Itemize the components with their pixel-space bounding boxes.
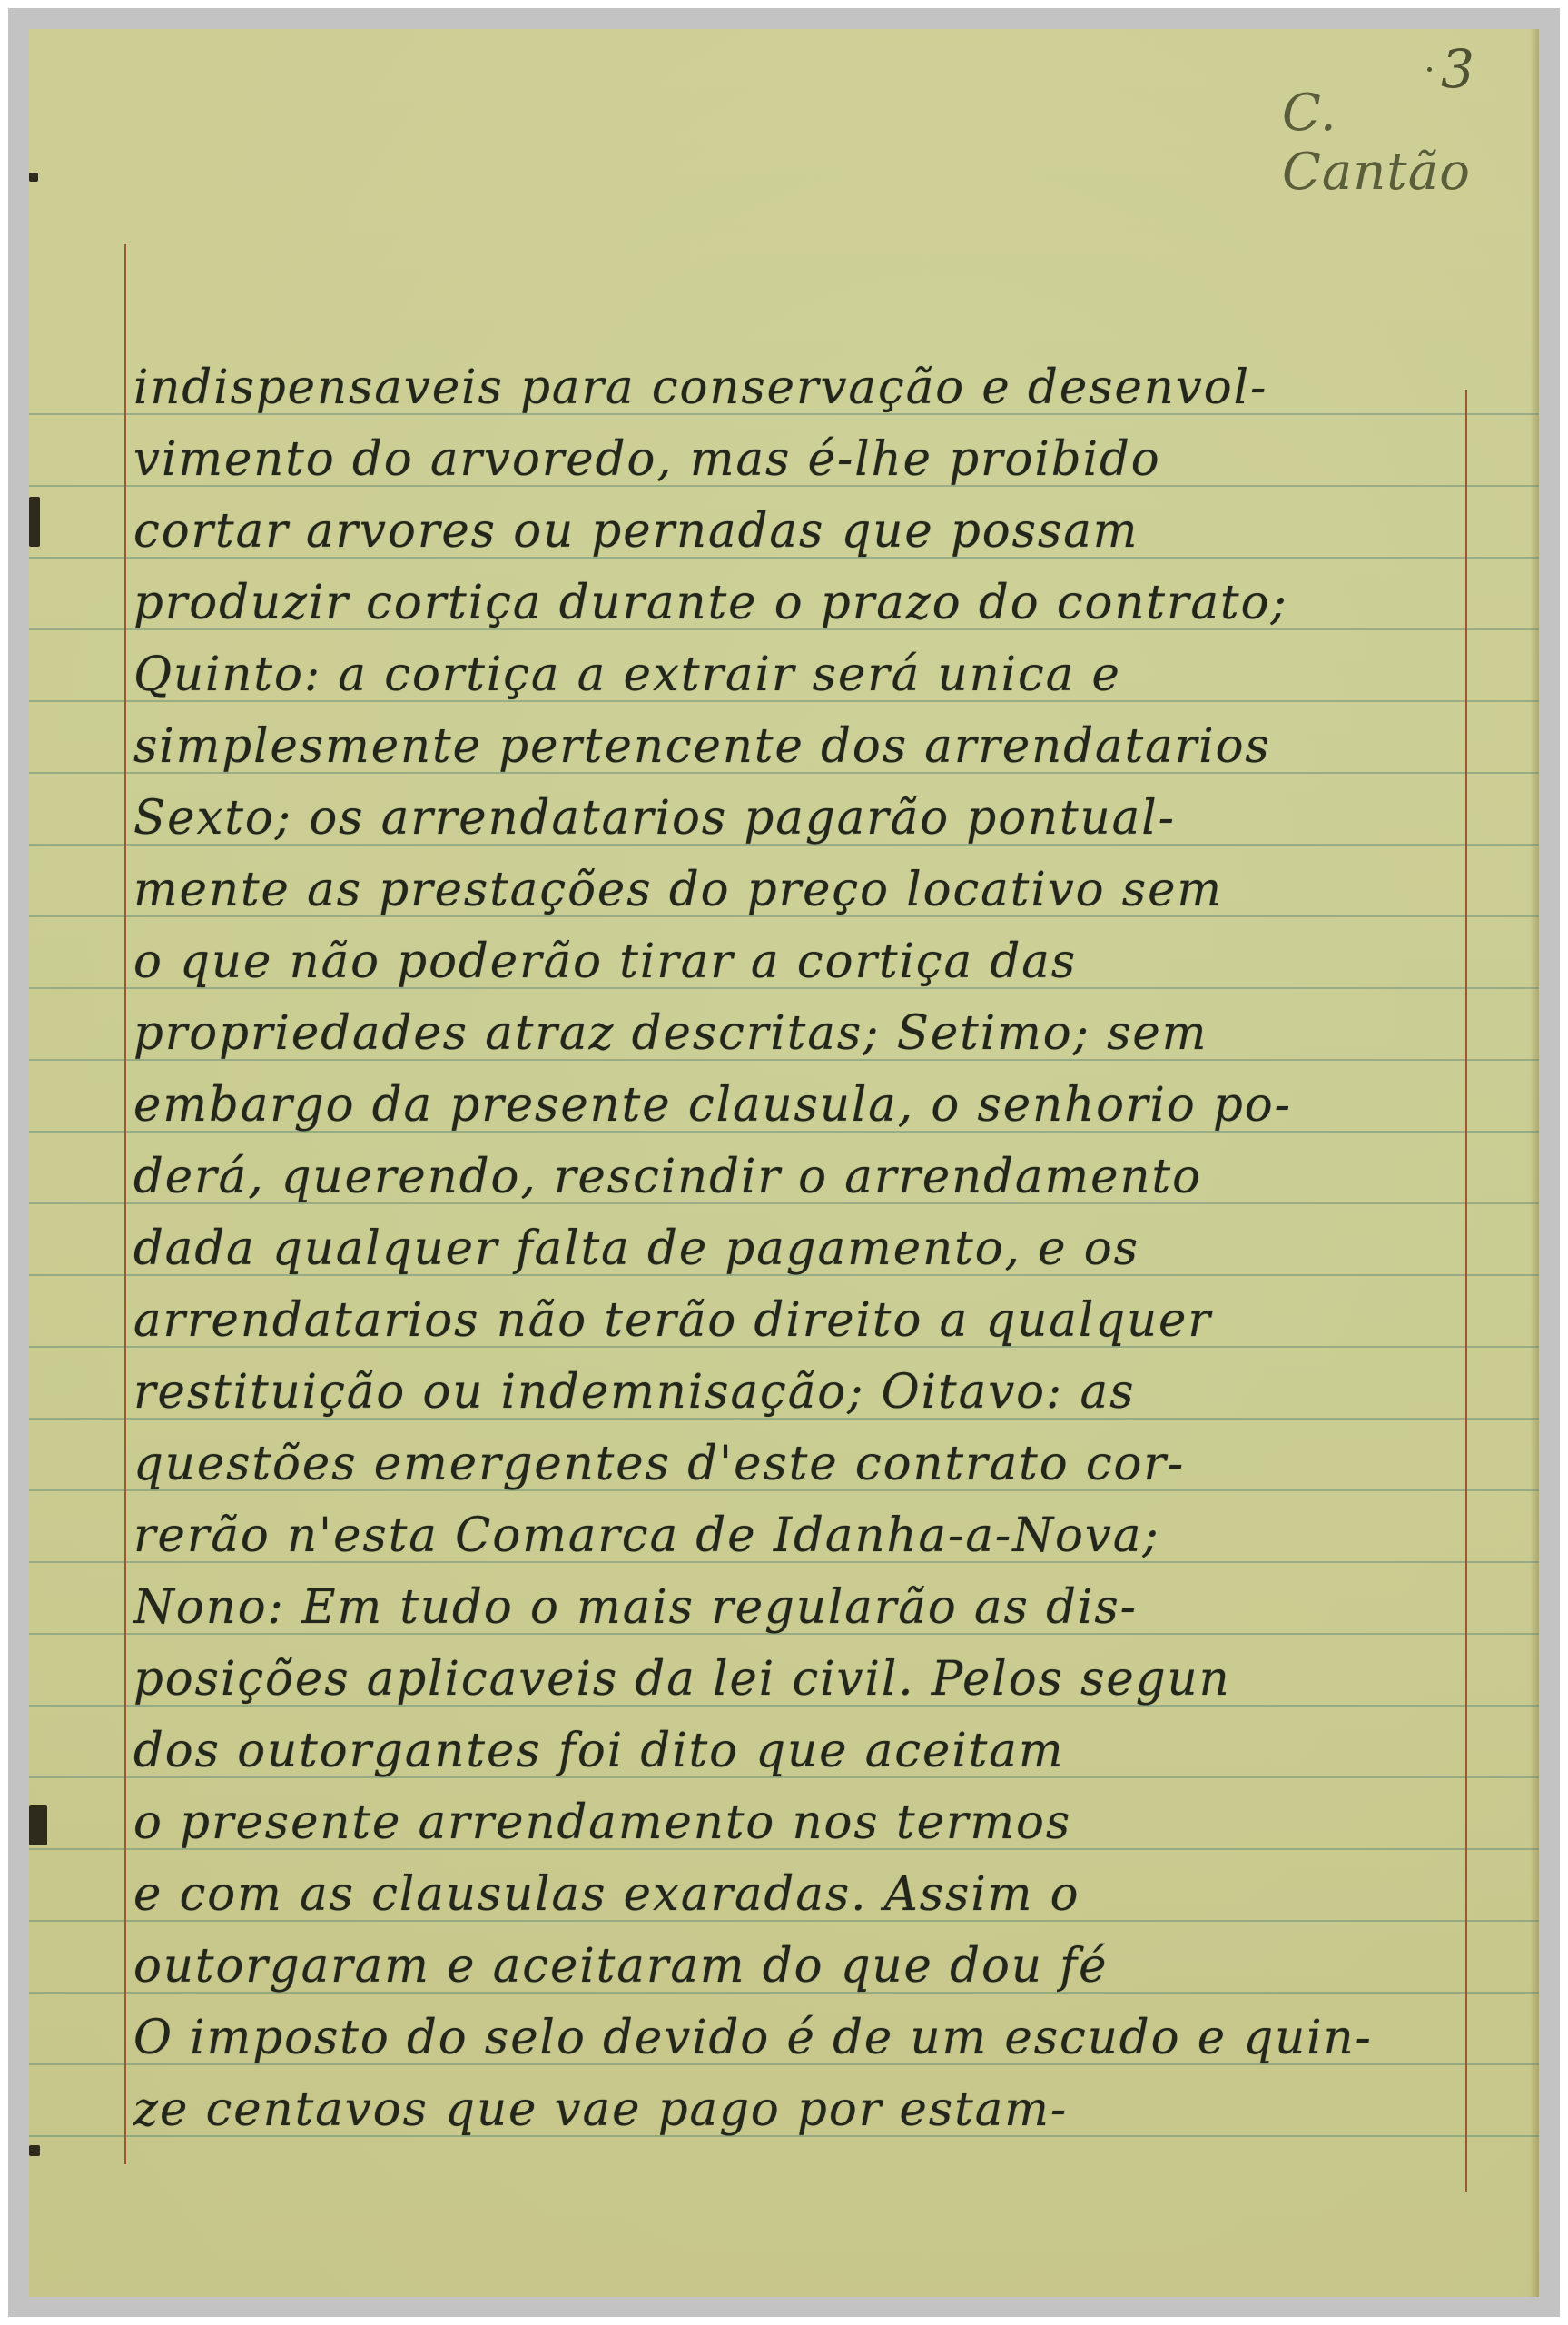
paper-edge-shadow: [1530, 29, 1539, 2297]
manuscript-line: o presente arrendamento nos termos: [133, 1786, 1459, 1859]
manuscript-line: embargo da presente clausula, o senhorio…: [133, 1069, 1459, 1142]
manuscript-line: posições aplicaveis da lei civil. Pelos …: [133, 1643, 1459, 1716]
manuscript-page: 3 C. Cantão indispensaveis para conserva…: [29, 29, 1539, 2297]
manuscript-line: dada qualquer falta de pagamento, e os: [133, 1212, 1459, 1285]
right-margin-rule: [1465, 390, 1467, 2192]
manuscript-line: indispensaveis para conservação e desenv…: [133, 351, 1459, 424]
manuscript-line: Sexto; os arrendatarios pagarão pontual-: [133, 782, 1459, 855]
manuscript-line: vimento do arvoredo, mas é-lhe proibido: [133, 423, 1459, 496]
manuscript-line: dos outorgantes foi dito que aceitam: [133, 1715, 1459, 1787]
manuscript-line: ze centavos que vae pago por estam-: [133, 2073, 1459, 2146]
manuscript-line: o que não poderão tirar a cortiça das: [133, 925, 1459, 998]
manuscript-line: arrendatarios não terão direito a qualqu…: [133, 1284, 1459, 1357]
manuscript-line: Nono: Em tudo o mais regularão as dis-: [133, 1571, 1459, 1644]
left-margin-rule: [124, 244, 126, 2164]
manuscript-line: rerão n'esta Comarca de Idanha-a-Nova;: [133, 1499, 1459, 1572]
manuscript-line: propriedades atraz descritas; Setimo; se…: [133, 997, 1459, 1070]
binding-mark: [29, 2145, 40, 2156]
binding-mark: [29, 497, 40, 547]
binding-mark: [29, 173, 38, 182]
manuscript-line: O imposto do selo devido é de um escudo …: [133, 2002, 1459, 2074]
page-number-dot: [1427, 67, 1432, 72]
manuscript-line: derá, querendo, rescindir o arrendamento: [133, 1141, 1459, 1213]
manuscript-line: restituição ou indemnisação; Oitavo: as: [133, 1356, 1459, 1429]
manuscript-line: questões emergentes d'este contrato cor-: [133, 1428, 1459, 1500]
signature: C. Cantão: [1282, 84, 1539, 202]
binding-mark: [29, 1805, 47, 1845]
manuscript-line: cortar arvores ou pernadas que possam: [133, 495, 1459, 568]
manuscript-line: Quinto: a cortiça a extrair será unica e: [133, 638, 1459, 711]
manuscript-line: produzir cortiça durante o prazo do cont…: [133, 567, 1459, 639]
manuscript-line: e com as clausulas exaradas. Assim o: [133, 1858, 1459, 1931]
manuscript-line: mente as prestações do preço locativo se…: [133, 854, 1459, 926]
manuscript-line: simplesmente pertencente dos arrendatari…: [133, 710, 1459, 783]
manuscript-line: outorgaram e aceitaram do que dou fé: [133, 1930, 1459, 2003]
